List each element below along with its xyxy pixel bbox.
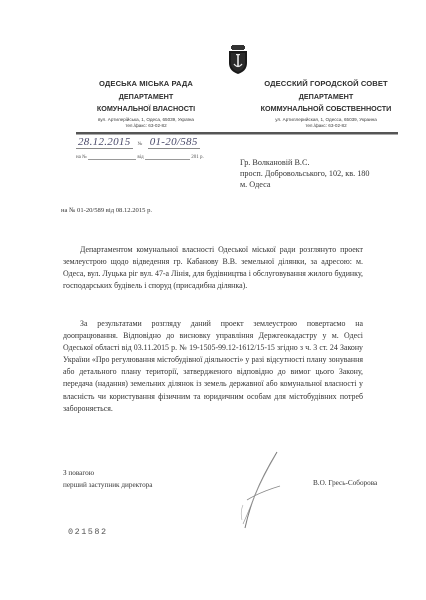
- dept-name: КОМУНАЛЬНОЇ ВЛАСНОСТІ: [76, 104, 216, 113]
- registration-line: 28.12.2015 № 01-20/585: [76, 136, 200, 148]
- odesa-coat-of-arms-icon: [226, 45, 250, 75]
- org-name: ОДЕССКИЙ ГОРОДСКОЙ СОВЕТ: [250, 79, 402, 88]
- letterhead-ukrainian: ОДЕСЬКА МІСЬКА РАДА ДЕПАРТАМЕНТ КОМУНАЛЬ…: [76, 79, 216, 128]
- na-blank: [88, 159, 136, 160]
- handwritten-signature-icon: [225, 450, 295, 530]
- dept-name: КОММУНАЛЬНОЙ СОБСТВЕННОСТИ: [250, 104, 402, 113]
- signer-name: В.О. Гресь-Соборова: [313, 479, 377, 487]
- addressee-street: просп. Добровольського, 102, кв. 180: [240, 168, 370, 179]
- closing-phrase: З повагою: [63, 467, 152, 479]
- letterhead-divider-thin: [76, 134, 398, 135]
- addressee-city: м. Одеса: [240, 179, 370, 190]
- na-label: на №: [76, 155, 87, 160]
- registration-number: 01-20/585: [148, 136, 200, 149]
- org-phone: тел./факс: 63-02-82: [250, 123, 402, 128]
- addressee-name: Гр. Волкановій В.С.: [240, 157, 370, 168]
- body-paragraph-1: Департаментом комунальної власності Одес…: [63, 244, 363, 292]
- org-address: вул. Артилерійська, 1, Одеса, 65039, Укр…: [76, 117, 216, 122]
- letterhead-russian: ОДЕССКИЙ ГОРОДСКОЙ СОВЕТ ДЕПАРТАМЕНТ КОМ…: [250, 79, 402, 128]
- year-label: 201 р.: [191, 155, 204, 160]
- org-phone: тел./факс: 63-02-82: [76, 123, 216, 128]
- dept-label: ДЕПАРТАМЕНТ: [76, 92, 216, 101]
- vid-label: від: [137, 155, 143, 160]
- org-address: ул. Артиллерийская, 1, Одесса, 65039, Ук…: [250, 117, 402, 122]
- body-paragraph-2: За результатами розгляду даний проект зе…: [63, 318, 363, 415]
- reference-blank-line: на № від 201 р.: [76, 155, 204, 160]
- org-name: ОДЕСЬКА МІСЬКА РАДА: [76, 79, 216, 88]
- addressee-block: Гр. Волкановій В.С. просп. Добровольсько…: [240, 157, 370, 190]
- vid-blank: [145, 159, 190, 160]
- closing-block: З повагою перший заступник директора: [63, 467, 152, 491]
- number-label: №: [138, 142, 143, 147]
- document-serial-number: 021582: [68, 527, 108, 537]
- in-reply-to: на № 01-20/589 від 08.12.2015 р.: [61, 207, 152, 214]
- signer-position: перший заступник директора: [63, 479, 152, 491]
- registration-date: 28.12.2015: [76, 136, 133, 149]
- dept-label: ДЕПАРТАМЕНТ: [250, 92, 402, 101]
